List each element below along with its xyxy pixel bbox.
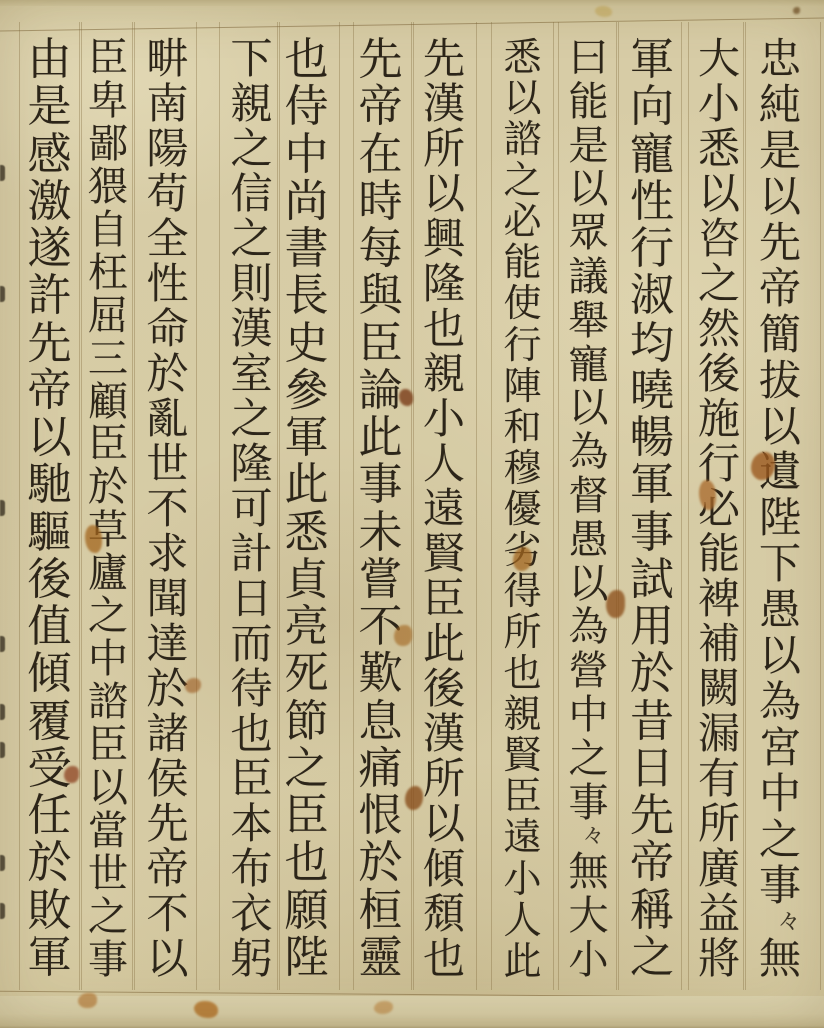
glyph: 以 [569, 169, 609, 209]
glyph: 於 [88, 467, 128, 507]
glyph: 大 [698, 38, 740, 80]
glyph: 此 [423, 623, 465, 665]
glyph: 也 [285, 38, 329, 82]
glyph: 本 [230, 803, 272, 845]
glyph: 則 [230, 263, 272, 305]
glyph: 為 [759, 681, 801, 723]
glyph: 能 [569, 82, 609, 122]
glyph: 是 [759, 130, 801, 172]
glyph: 愚 [759, 589, 801, 631]
glyph: 愚 [569, 520, 609, 560]
glyph: 南 [146, 83, 188, 125]
glyph: 舉 [569, 301, 609, 341]
glyph: 不 [146, 893, 188, 935]
glyph: 事 [569, 783, 609, 823]
glyph: 許 [28, 274, 72, 318]
glyph: 下 [759, 543, 801, 585]
glyph: 也 [423, 308, 465, 350]
glyph: 之 [503, 161, 541, 199]
calligraphy-column-4: 曰能是以眾議舉寵以為督愚以為營中之事々無大小 [558, 22, 617, 990]
calligraphy-column-10: 畊南陽苟全性命於亂世不求聞達於諸侯先帝不以 [134, 22, 197, 990]
glyph: 當 [88, 811, 128, 851]
glyph: 是 [28, 85, 72, 129]
glyph: 衣 [230, 893, 272, 935]
glyph: 事 [759, 865, 801, 907]
glyph: 漢 [230, 308, 272, 350]
glyph: 參 [285, 369, 329, 413]
glyph: 以 [569, 564, 609, 604]
glyph: 暢 [630, 416, 674, 460]
glyph: 草 [88, 510, 128, 550]
glyph: 寵 [569, 345, 609, 385]
cropped-glyph-fragment [0, 500, 5, 516]
glyph: 陛 [759, 497, 801, 539]
glyph: 忠 [759, 38, 801, 80]
glyph: 於 [28, 841, 72, 885]
cropped-glyph-fragment [0, 855, 5, 871]
glyph: 也 [423, 938, 465, 980]
glyph: 益 [698, 893, 740, 935]
glyph: 顧 [88, 382, 128, 422]
glyph: 聞 [146, 578, 188, 620]
glyph: 值 [28, 605, 72, 649]
glyph: 日 [630, 747, 674, 791]
glyph: 行 [630, 227, 674, 271]
glyph: 此 [359, 416, 403, 460]
glyph: 中 [88, 639, 128, 679]
glyph: 事 [630, 511, 674, 555]
glyph: 所 [698, 803, 740, 845]
glyph: 簡 [759, 314, 801, 356]
glyph: 必 [503, 202, 541, 240]
glyph: 長 [285, 274, 329, 318]
glyph: 也 [503, 654, 541, 692]
glyph: 陣 [503, 367, 541, 405]
glyph: 曰 [569, 38, 609, 78]
cropped-glyph-fragment [0, 165, 5, 181]
glyph: 求 [146, 533, 188, 575]
glyph: 親 [423, 353, 465, 395]
glyph: 中 [569, 695, 609, 735]
glyph: 臣 [88, 38, 128, 78]
glyph: 親 [503, 695, 541, 733]
glyph: 裨 [698, 578, 740, 620]
paper-top-edge [0, 0, 824, 6]
glyph: 人 [503, 901, 541, 939]
glyph: 臣 [88, 424, 128, 464]
glyph: 穆 [503, 449, 541, 487]
glyph: 世 [146, 443, 188, 485]
glyph: 軍 [630, 463, 674, 507]
glyph: 以 [569, 388, 609, 428]
calligraphy-column-12: 由是感激遂許先帝以馳驅後值傾覆受任於敗軍 [19, 22, 80, 990]
glyph: 々 [582, 826, 604, 848]
glyph: 行 [698, 443, 740, 485]
glyph: 遠 [503, 818, 541, 856]
glyph: 未 [359, 511, 403, 555]
glyph: 帝 [630, 841, 674, 885]
glyph: 以 [759, 176, 801, 218]
cropped-glyph-fragment [0, 704, 5, 720]
glyph: 猥 [88, 167, 128, 207]
glyph: 能 [698, 533, 740, 575]
glyph: 和 [503, 408, 541, 446]
glyph: 小 [423, 398, 465, 440]
calligraphy-column-1: 忠純是以先帝簡拔以遺陛下愚以為宮中之事々無 [745, 22, 821, 990]
glyph: 咨 [698, 218, 740, 260]
glyph: 小 [698, 83, 740, 125]
glyph: 用 [630, 605, 674, 649]
glyph: 劣 [503, 531, 541, 569]
glyph: 後 [698, 353, 740, 395]
glyph: 拔 [759, 360, 801, 402]
glyph: 督 [569, 476, 609, 516]
glyph: 帝 [146, 848, 188, 890]
glyph: 與 [359, 274, 403, 318]
glyph: 亮 [285, 605, 329, 649]
glyph: 躬 [230, 938, 272, 980]
glyph: 下 [230, 38, 272, 80]
glyph: 臣 [88, 725, 128, 765]
glyph: 臣 [423, 578, 465, 620]
glyph: 臣 [359, 322, 403, 366]
glyph: 諸 [146, 713, 188, 755]
glyph: 均 [630, 322, 674, 366]
glyph: 諮 [88, 682, 128, 722]
glyph: 廬 [88, 553, 128, 593]
glyph: 賢 [503, 736, 541, 774]
glyph: 遠 [423, 488, 465, 530]
glyph: 臣 [503, 777, 541, 815]
cropped-glyph-fragment [0, 636, 5, 652]
glyph: 陽 [146, 128, 188, 170]
glyph: 室 [230, 353, 272, 395]
glyph: 軍 [285, 416, 329, 460]
glyph: 事 [88, 940, 128, 980]
glyph: 書 [285, 227, 329, 271]
glyph: 臣 [230, 758, 272, 800]
glyph: 小 [569, 940, 609, 980]
glyph: 激 [28, 180, 72, 224]
glyph: 向 [630, 85, 674, 129]
glyph: 不 [146, 488, 188, 530]
glyph: 以 [698, 173, 740, 215]
glyph: 之 [569, 739, 609, 779]
glyph: 先 [28, 322, 72, 366]
glyph: 侍 [285, 85, 329, 129]
glyph: 大 [569, 896, 609, 936]
glyph: 先 [146, 803, 188, 845]
glyph: 之 [285, 747, 329, 791]
glyph: 施 [698, 398, 740, 440]
glyph: 亂 [146, 398, 188, 440]
glyph: 死 [285, 652, 329, 696]
glyph: 此 [503, 942, 541, 980]
glyph: 悉 [698, 128, 740, 170]
glyph: 驅 [28, 511, 72, 555]
glyph: 息 [359, 700, 403, 744]
cropped-glyph-fragment [0, 742, 5, 758]
glyph: 然 [698, 308, 740, 350]
glyph: 隆 [423, 263, 465, 305]
glyph: 試 [630, 558, 674, 602]
glyph: 節 [285, 700, 329, 744]
glyph: 性 [146, 263, 188, 305]
glyph: 賢 [423, 533, 465, 575]
glyph: 以 [88, 768, 128, 808]
glyph: 於 [146, 353, 188, 395]
glyph: 先 [759, 222, 801, 264]
glyph: 中 [285, 133, 329, 177]
glyph: 曉 [630, 369, 674, 413]
glyph: 廣 [698, 848, 740, 890]
glyph: 遺 [759, 451, 801, 493]
glyph: 能 [503, 243, 541, 281]
glyph: 之 [88, 897, 128, 937]
glyph: 日 [230, 578, 272, 620]
glyph: 論 [359, 369, 403, 413]
glyph: 受 [28, 747, 72, 791]
glyph: 靈 [359, 936, 403, 980]
glyph: 必 [698, 488, 740, 530]
glyph: 卑 [88, 81, 128, 121]
glyph: 傾 [28, 652, 72, 696]
glyph: 所 [503, 613, 541, 651]
glyph: 任 [28, 794, 72, 838]
glyph: 恨 [359, 794, 403, 838]
glyph: 之 [88, 596, 128, 636]
glyph: 三 [88, 339, 128, 379]
glyph: 帝 [359, 85, 403, 129]
glyph: 馳 [28, 463, 72, 507]
glyph: 無 [569, 852, 609, 892]
glyph: 漢 [423, 83, 465, 125]
glyph: 也 [230, 713, 272, 755]
glyph: 於 [359, 841, 403, 885]
glyph: 史 [285, 322, 329, 366]
cropped-glyph-fragment [0, 286, 5, 302]
glyph: 是 [569, 126, 609, 166]
glyph: 使 [503, 284, 541, 322]
glyph: 自 [88, 210, 128, 250]
glyph: 後 [423, 668, 465, 710]
glyph: 歎 [359, 652, 403, 696]
calligraphy-column-3: 軍向寵性行淑均曉暢軍事試用於昔日先帝稱之 [618, 22, 682, 990]
glyph: 也 [285, 841, 329, 885]
glyph: 小 [503, 860, 541, 898]
glyph: 先 [423, 38, 465, 80]
glyph: 陛 [285, 936, 329, 980]
glyph: 漏 [698, 713, 740, 755]
glyph: 計 [230, 533, 272, 575]
glyph: 議 [569, 257, 609, 297]
glyph: 以 [503, 79, 541, 117]
glyph: 為 [569, 607, 609, 647]
glyph: 所 [423, 128, 465, 170]
glyph: 性 [630, 180, 674, 224]
glyph: 將 [698, 938, 740, 980]
glyph: 之 [230, 128, 272, 170]
glyph: 頹 [423, 893, 465, 935]
glyph: 枉 [88, 253, 128, 293]
glyph: 每 [359, 227, 403, 271]
calligraphy-column-11: 臣卑鄙猥自枉屈三顧臣於草廬之中諮臣以當世之事 [81, 22, 133, 990]
glyph: 悉 [285, 511, 329, 555]
glyph: 畊 [146, 38, 188, 80]
glyph: 貞 [285, 558, 329, 602]
glyph: 純 [759, 84, 801, 126]
glyph: 親 [230, 83, 272, 125]
calligraphy-column-9: 下親之信之則漢室之隆可計日而待也臣本布衣躬 [219, 22, 278, 990]
foxing-stain [793, 7, 800, 14]
calligraphy-column-7: 先帝在時每與臣論此事未嘗不歎息痛恨於桓靈 [353, 22, 412, 990]
glyph: 以 [28, 416, 72, 460]
glyph: 得 [503, 572, 541, 610]
glyph: 傾 [423, 848, 465, 890]
glyph: 眾 [569, 213, 609, 253]
glyph: 寵 [630, 133, 674, 177]
glyph: 之 [230, 218, 272, 260]
glyph: 事 [359, 463, 403, 507]
glyph: 宮 [759, 727, 801, 769]
foxing-stain [595, 6, 612, 17]
glyph: 而 [230, 623, 272, 665]
manuscript-page: 忠純是以先帝簡拔以遺陛下愚以為宮中之事々無大小悉以咨之然後施行必能裨補闕漏有所廣… [0, 0, 824, 1028]
glyph: 之 [230, 398, 272, 440]
glyph: 補 [698, 623, 740, 665]
glyph: 之 [630, 936, 674, 980]
glyph: 興 [423, 218, 465, 260]
glyph: 諮 [503, 120, 541, 158]
glyph: 先 [359, 38, 403, 82]
glyph: 可 [230, 488, 272, 530]
glyph: 々 [777, 911, 800, 934]
glyph: 行 [503, 326, 541, 364]
glyph: 以 [146, 938, 188, 980]
glyph: 稱 [630, 889, 674, 933]
glyph: 後 [28, 558, 72, 602]
glyph: 隆 [230, 443, 272, 485]
glyph: 信 [230, 173, 272, 215]
cropped-glyph-fragment [0, 903, 5, 919]
glyph: 優 [503, 490, 541, 528]
glyph: 不 [359, 605, 403, 649]
glyph: 侯 [146, 758, 188, 800]
glyph: 人 [423, 443, 465, 485]
bottom-mounting-band [0, 996, 824, 1028]
glyph: 由 [28, 38, 72, 82]
glyph: 命 [146, 308, 188, 350]
glyph: 中 [759, 773, 801, 815]
glyph: 苟 [146, 173, 188, 215]
glyph: 以 [423, 803, 465, 845]
glyph: 在 [359, 133, 403, 177]
glyph: 世 [88, 854, 128, 894]
glyph: 昔 [630, 700, 674, 744]
calligraphy-column-5: 悉以諮之必能使行陣和穆優劣得所也親賢臣遠小人此 [491, 22, 554, 990]
calligraphy-column-6: 先漢所以興隆也親小人遠賢臣此後漢所以傾頹也 [413, 22, 477, 990]
glyph: 臣 [285, 794, 329, 838]
glyph: 軍 [630, 38, 674, 82]
calligraphy-column-2: 大小悉以咨之然後施行必能裨補闕漏有所廣益將 [688, 22, 744, 990]
glyph: 以 [423, 173, 465, 215]
glyph: 悉 [503, 38, 541, 76]
glyph: 覆 [28, 700, 72, 744]
glyph: 以 [759, 635, 801, 677]
glyph: 闕 [698, 668, 740, 710]
glyph: 布 [230, 848, 272, 890]
glyph: 感 [28, 133, 72, 177]
glyph: 帝 [759, 268, 801, 310]
glyph: 桓 [359, 889, 403, 933]
glyph: 痛 [359, 747, 403, 791]
glyph: 嘗 [359, 558, 403, 602]
glyph: 先 [630, 794, 674, 838]
glyph: 於 [630, 652, 674, 696]
glyph: 軍 [28, 936, 72, 980]
glyph: 之 [759, 819, 801, 861]
glyph: 屈 [88, 296, 128, 336]
glyph: 待 [230, 668, 272, 710]
glyph: 營 [569, 651, 609, 691]
glyph: 此 [285, 463, 329, 507]
glyph: 時 [359, 180, 403, 224]
glyph: 全 [146, 218, 188, 260]
glyph: 於 [146, 668, 188, 710]
glyph: 以 [759, 406, 801, 448]
glyph: 鄙 [88, 124, 128, 164]
glyph: 敗 [28, 889, 72, 933]
glyph: 漢 [423, 713, 465, 755]
glyph: 所 [423, 758, 465, 800]
glyph: 有 [698, 758, 740, 800]
glyph: 之 [698, 263, 740, 305]
glyph: 尚 [285, 180, 329, 224]
glyph: 達 [146, 623, 188, 665]
glyph: 無 [759, 938, 801, 980]
glyph: 遂 [28, 227, 72, 271]
glyph: 帝 [28, 369, 72, 413]
glyph: 願 [285, 889, 329, 933]
calligraphy-column-8: 也侍中尚書長史參軍此悉貞亮死節之臣也願陛 [279, 22, 340, 990]
glyph: 淑 [630, 274, 674, 318]
glyph: 為 [569, 432, 609, 472]
